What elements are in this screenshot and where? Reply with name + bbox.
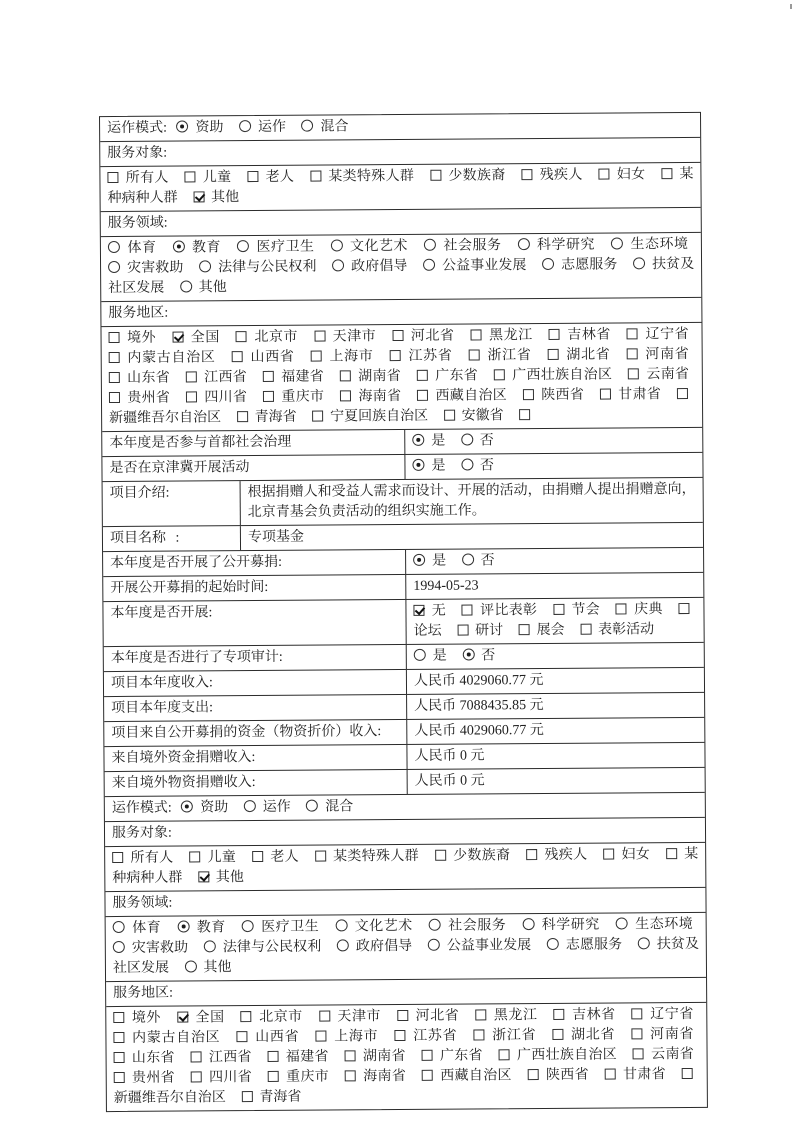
checkbox-option — [519, 408, 537, 423]
checkbox-icon — [631, 1028, 642, 1039]
form-row: 运作模式: 资助 运作 混合 — [105, 792, 705, 821]
radio-icon — [108, 261, 120, 273]
option-label: 广东省 — [435, 368, 478, 383]
radio-icon — [113, 941, 125, 953]
checkbox-option: 境外 — [113, 1011, 161, 1026]
option-label: 论坛 — [414, 624, 442, 639]
option-label: 否 — [480, 458, 494, 473]
checkbox-icon — [237, 411, 248, 422]
option-label: 天津市 — [337, 1009, 381, 1024]
checkbox-option: 老人 — [247, 170, 294, 185]
checkbox-icon — [109, 332, 120, 343]
option-label: 内蒙古自治区 — [127, 350, 216, 366]
option-label: 山东省 — [127, 371, 170, 386]
form-row: 项目名称 :专项基金 — [103, 522, 703, 551]
checkbox-icon — [600, 389, 611, 400]
option-label: 庆典 — [634, 602, 663, 617]
text-value: 服务地区: — [108, 306, 168, 321]
option-label: 志愿服务 — [561, 257, 617, 272]
option-label: 黑龙江 — [493, 1008, 537, 1023]
checkbox-option: 某类特殊人群 — [315, 849, 419, 865]
checkbox-option: 青海省 — [241, 1090, 301, 1105]
option-label: 海南省 — [358, 389, 401, 404]
checkbox-icon — [191, 1071, 202, 1082]
checkbox-option: 残疾人 — [526, 848, 587, 863]
option-label: 科学研究 — [536, 238, 595, 253]
option-label: 生态环境 — [630, 237, 688, 252]
option-label: 四川省 — [204, 390, 247, 405]
form-row: 体育 教育 医疗卫生 文化艺术 社会服务 科学研究 生态环境 灾害救助 法律与公… — [106, 912, 706, 981]
row-label-cell: 本年度是否开展: — [103, 600, 406, 646]
checkbox-option: 老人 — [252, 850, 299, 865]
checkbox-icon — [263, 391, 274, 402]
radio-icon — [633, 257, 645, 269]
text-value: 人民币 4029060.77 元 — [414, 723, 544, 739]
radio-option: 生态环境 — [611, 237, 688, 253]
row-content-cell: 体育 教育 医疗卫生 文化艺术 社会服务 科学研究 生态环境 灾害救助 法律与公… — [106, 913, 706, 981]
row-label-cell: 项目来自公开募捐的资金（物资折价）收入: — [104, 720, 407, 746]
option-label: 青海省 — [255, 410, 297, 425]
option-label: 新疆维吾尔自治区 — [109, 410, 221, 426]
form-row: 境外 全国 北京市 天津市 河北省 黑龙江 吉林省 辽宁省 内蒙古自治区 山西省… — [101, 322, 702, 431]
option-label: 资助 — [195, 120, 223, 135]
form-row: 来自境外物资捐赠收入:人民币 0 元 — [105, 767, 705, 796]
radio-option: 教育 — [177, 920, 226, 935]
text-value: 服务领域: — [108, 216, 168, 231]
checkbox-icon — [241, 1091, 252, 1102]
checkbox-icon — [112, 852, 123, 863]
checkbox-option: 少数族裔 — [435, 848, 511, 864]
option-label: 少数族裔 — [453, 848, 511, 863]
checkbox-option: 浙江省 — [469, 348, 532, 363]
radio-icon — [204, 940, 216, 952]
row-value-cell: 是 否 — [405, 428, 702, 454]
checkbox-icon — [469, 349, 480, 360]
checkbox-icon — [345, 1070, 356, 1081]
row-value-cell: 是 否 — [407, 643, 704, 669]
form-row: 服务领域: — [105, 887, 705, 916]
radio-selected-icon — [462, 648, 474, 660]
checkbox-icon — [390, 350, 401, 361]
checkbox-option: 陕西省 — [523, 388, 584, 403]
checkbox-icon — [519, 624, 530, 635]
radio-icon — [611, 237, 623, 249]
checkbox-option: 江苏省 — [390, 349, 453, 364]
checkbox-icon — [519, 409, 530, 420]
option-label: 新疆维吾尔自治区 — [114, 1090, 226, 1106]
radio-option: 是 — [412, 459, 445, 474]
checkbox-option: 无 — [413, 604, 446, 619]
form-row: 服务领域: — [101, 207, 701, 236]
checkbox-icon — [633, 1048, 644, 1059]
radio-icon — [199, 260, 211, 272]
radio-option: 其他 — [180, 280, 227, 295]
checkbox-checked-icon — [193, 191, 204, 202]
radio-option: 运作 — [244, 800, 291, 815]
form-row: 开展公开募捐的起始时间:1994-05-23 — [103, 572, 703, 601]
option-label: 天津市 — [332, 329, 376, 344]
checkbox-icon — [319, 1011, 330, 1022]
checkbox-icon — [435, 850, 446, 861]
checkbox-option: 湖南省 — [345, 1049, 406, 1064]
option-label: 湖南省 — [363, 1049, 406, 1064]
option-label: 海南省 — [363, 1069, 406, 1084]
option-label: 是 — [431, 434, 445, 449]
option-label: 江西省 — [209, 1050, 252, 1065]
checkbox-option: 云南省 — [633, 1047, 694, 1062]
form-row: 本年度是否进行了专项审计:是 否 — [104, 642, 704, 671]
checkbox-icon — [236, 331, 247, 342]
checkbox-option: 浙江省 — [473, 1028, 536, 1043]
option-label: 社会服务 — [443, 238, 502, 253]
checkbox-option: 少数族裔 — [430, 168, 506, 184]
checkbox-icon — [268, 1071, 279, 1082]
radio-option: 否 — [461, 433, 494, 448]
option-label: 妇女 — [616, 167, 645, 182]
checkbox-option: 黑龙江 — [475, 1008, 537, 1023]
radio-icon — [113, 921, 125, 933]
checkbox-icon — [340, 390, 351, 401]
option-label: 医疗卫生 — [256, 240, 315, 255]
checkbox-icon — [241, 1011, 252, 1022]
option-label: 全国 — [190, 330, 220, 345]
row-content-cell: 体育 教育 医疗卫生 文化艺术 社会服务 科学研究 生态环境 灾害救助 法律与公… — [101, 233, 701, 301]
option-label: 政府倡导 — [356, 939, 412, 954]
checkbox-icon — [457, 625, 468, 636]
radio-selected-icon — [412, 459, 424, 471]
option-label: 湖南省 — [358, 369, 401, 384]
checkbox-option: 某类特殊人群 — [310, 169, 414, 185]
form-row: 体育 教育 医疗卫生 文化艺术 社会服务 科学研究 生态环境 灾害救助 法律与公… — [101, 232, 701, 301]
option-label: 是 — [433, 649, 447, 664]
row-label-cell: 本年度是否进行了专项审计: — [104, 645, 407, 671]
radio-option: 是 — [412, 434, 445, 449]
checkbox-option: 河北省 — [392, 329, 454, 344]
checkbox-icon — [678, 603, 689, 614]
option-label: 其他 — [199, 280, 227, 295]
checkbox-icon — [236, 1031, 247, 1042]
row-content-cell: 服务对象: — [105, 818, 705, 846]
option-label: 老人 — [265, 170, 294, 185]
checkbox-option: 福建省 — [263, 370, 324, 385]
checkbox-option: 所有人 — [112, 851, 173, 866]
option-label: 混合 — [320, 119, 348, 134]
checkbox-icon — [109, 392, 120, 403]
checkbox-icon — [521, 169, 532, 180]
radio-icon — [461, 434, 473, 446]
option-label: 少数族裔 — [448, 168, 506, 183]
option-label: 教育 — [191, 240, 221, 255]
option-label: 运作 — [258, 120, 286, 135]
checkbox-icon — [548, 349, 559, 360]
radio-icon — [547, 938, 559, 950]
option-label: 河北省 — [415, 1009, 459, 1024]
checkbox-icon — [553, 1009, 564, 1020]
checkbox-option: 吉林省 — [549, 328, 611, 343]
radio-option: 政府倡导 — [337, 939, 412, 955]
checkbox-icon — [682, 1068, 693, 1079]
option-label: 其他 — [203, 960, 231, 975]
option-label: 宁夏回族自治区 — [330, 409, 428, 425]
row-content-cell: 境外 全国 北京市 天津市 河北省 黑龙江 吉林省 辽宁省 内蒙古自治区 山西省… — [106, 1003, 707, 1111]
radio-icon — [108, 241, 120, 253]
checkbox-option: 四川省 — [186, 390, 247, 405]
checkbox-icon — [422, 1070, 433, 1081]
checkbox-option: 河南省 — [631, 1027, 693, 1042]
row-value-cell: 无 评比表彰 节会 庆典 论坛 研讨 展会 表彰活动 — [406, 598, 703, 644]
row-value-cell: 是 否 — [405, 453, 702, 479]
option-label: 山西省 — [254, 1030, 299, 1045]
option-label: 所有人 — [125, 171, 168, 186]
checkbox-option: 青海省 — [237, 410, 297, 425]
option-label: 评比表彰 — [480, 603, 538, 618]
row-content-cell: 服务领域: — [105, 888, 705, 916]
checkbox-option: 展会 — [519, 623, 565, 638]
checkbox-icon — [473, 1029, 484, 1040]
row-label-cell: 是否在京津冀开展活动 — [102, 455, 405, 481]
option-label: 体育 — [132, 921, 162, 936]
checkbox-option: 天津市 — [319, 1009, 381, 1024]
checkbox-icon — [580, 624, 591, 635]
row-label-cell: 项目本年度收入: — [104, 670, 407, 696]
checkbox-option: 山西省 — [236, 1030, 299, 1045]
checkbox-icon — [232, 351, 243, 362]
option-label: 黑龙江 — [488, 328, 532, 343]
checkbox-option: 贵州省 — [114, 1071, 175, 1086]
checkbox-option: 妇女 — [603, 847, 650, 862]
form-row: 本年度是否参与首都社会治理是 否 — [102, 427, 702, 456]
text-value: 1994-05-23 — [413, 578, 478, 593]
radio-selected-icon — [412, 434, 424, 446]
checkbox-icon — [417, 370, 428, 381]
radio-option: 运作 — [239, 120, 286, 135]
option-label: 河南省 — [649, 1027, 693, 1042]
checkbox-icon — [186, 391, 197, 402]
radio-icon — [461, 458, 473, 470]
checkbox-option: 广西壮族自治区 — [499, 1048, 617, 1064]
option-label: 辽宁省 — [645, 327, 689, 342]
checkbox-option: 湖南省 — [340, 369, 401, 384]
text-value: 运作模式: — [107, 121, 167, 136]
checkbox-option: 天津市 — [314, 329, 376, 344]
radio-icon — [429, 919, 441, 931]
checkbox-icon — [268, 1051, 279, 1062]
checkbox-option: 重庆市 — [268, 1070, 329, 1085]
form-row: 所有人 儿童 老人 某类特殊人群 少数族裔 残疾人 妇女 某种病种人群 其他 — [100, 162, 700, 211]
option-label: 湖北省 — [566, 348, 611, 363]
row-content-cell: 服务地区: — [101, 298, 701, 326]
checkbox-icon — [417, 390, 428, 401]
option-label: 境外 — [127, 331, 157, 346]
option-label: 公益事业发展 — [447, 938, 532, 954]
checkbox-option: 辽宁省 — [632, 1007, 694, 1022]
form-row: 本年度是否开展:无 评比表彰 节会 庆典 论坛 研讨 展会 表彰活动 — [103, 597, 703, 646]
option-label: 节会 — [571, 603, 600, 618]
radio-selected-icon — [176, 120, 188, 132]
checkbox-option: 云南省 — [628, 367, 689, 382]
option-label: 青海省 — [259, 1090, 301, 1105]
checkbox-icon — [184, 171, 195, 182]
checkbox-option: 境外 — [109, 331, 157, 346]
option-label: 其他 — [216, 870, 244, 885]
option-label: 河北省 — [410, 329, 454, 344]
radio-option: 其他 — [184, 960, 231, 975]
option-label: 安徽省 — [462, 408, 504, 423]
radio-option: 法律与公民权利 — [199, 260, 317, 276]
radio-icon — [239, 120, 251, 132]
checkbox-option: 内蒙古自治区 — [109, 350, 216, 366]
text-value: 服务对象: — [107, 146, 167, 161]
option-label: 重庆市 — [281, 390, 324, 405]
checkbox-icon — [553, 604, 564, 615]
checkbox-icon — [666, 848, 677, 859]
option-label: 北京市 — [254, 330, 298, 345]
radio-icon — [542, 258, 554, 270]
radio-icon — [335, 919, 347, 931]
checkbox-option: 海南省 — [340, 389, 401, 404]
radio-icon — [306, 800, 318, 812]
option-label: 志愿服务 — [566, 937, 622, 952]
checkbox-icon — [345, 1050, 356, 1061]
checkbox-icon — [109, 352, 120, 363]
checkbox-icon — [114, 1072, 125, 1083]
checkbox-icon — [107, 172, 118, 183]
form-row: 本年度是否开展了公开募捐:是 否 — [103, 547, 703, 576]
radio-icon — [184, 960, 196, 972]
radio-option: 公益事业发展 — [423, 258, 527, 274]
radio-option: 社会服务 — [429, 918, 507, 934]
checkbox-option: 妇女 — [598, 167, 645, 182]
radio-icon — [424, 239, 436, 251]
checkbox-icon — [191, 1051, 202, 1062]
radio-option: 医疗卫生 — [237, 240, 315, 256]
checkbox-checked-icon — [413, 605, 424, 616]
checkbox-icon — [109, 372, 120, 383]
option-label: 其他 — [211, 190, 239, 205]
form-row: 项目来自公开募捐的资金（物资折价）收入:人民币 4029060.77 元 — [104, 717, 704, 746]
checkbox-icon — [616, 603, 627, 614]
checkbox-option: 全国 — [177, 1010, 225, 1025]
radio-icon — [180, 280, 192, 292]
checkbox-icon — [475, 1009, 486, 1020]
row-content-cell: 服务地区: — [106, 978, 706, 1006]
row-label-cell: 来自境外资金捐赠收入: — [104, 745, 407, 771]
annual-report-form-table: 运作模式: 资助 运作 混合 服务对象: 所有人 儿童 老人 某类特殊人群 少数… — [99, 112, 708, 1112]
checkbox-option: 广西壮族自治区 — [494, 368, 612, 384]
row-content-cell: 所有人 儿童 老人 某类特殊人群 少数族裔 残疾人 妇女 某种病种人群 其他 — [105, 843, 705, 891]
radio-icon — [616, 917, 628, 929]
radio-option: 医疗卫生 — [242, 920, 320, 936]
checkbox-icon — [603, 849, 614, 860]
option-label: 湖北省 — [570, 1028, 615, 1043]
option-label: 研讨 — [475, 623, 503, 638]
row-value-cell: 人民币 0 元 — [408, 768, 705, 794]
checkbox-icon — [523, 389, 534, 400]
option-label: 儿童 — [202, 170, 231, 185]
row-value-cell: 人民币 7088435.85 元 — [407, 693, 704, 719]
checkbox-option: 儿童 — [189, 850, 236, 865]
option-label: 云南省 — [646, 367, 689, 382]
form-row: 境外 全国 北京市 天津市 河北省 黑龙江 吉林省 辽宁省 内蒙古自治区 山西省… — [106, 1002, 707, 1111]
checkbox-icon — [186, 371, 197, 382]
checkbox-option: 西藏自治区 — [417, 388, 507, 404]
radio-option: 是 — [413, 554, 446, 569]
radio-option: 资助 — [176, 120, 223, 135]
checkbox-option: 贵州省 — [109, 391, 170, 406]
checkbox-icon — [113, 1012, 124, 1023]
checkbox-option: 湖北省 — [548, 348, 611, 363]
radio-icon — [638, 937, 650, 949]
option-label: 科学研究 — [541, 918, 600, 933]
checkbox-option: 宁夏回族自治区 — [312, 409, 428, 425]
checkbox-icon — [312, 411, 323, 422]
checkbox-icon — [252, 851, 263, 862]
checkbox-option: 海南省 — [345, 1069, 406, 1084]
scan-artifact — [790, 4, 792, 9]
option-label: 灾害救助 — [132, 940, 188, 955]
checkbox-option: 残疾人 — [521, 168, 582, 183]
checkbox-option: 湖北省 — [552, 1028, 615, 1043]
option-label: 境外 — [131, 1011, 161, 1026]
radio-option: 生态环境 — [616, 917, 693, 933]
option-label: 福建省 — [281, 370, 324, 385]
checkbox-icon — [552, 1029, 563, 1040]
radio-option: 是 — [414, 649, 447, 664]
checkbox-option: 辽宁省 — [627, 327, 689, 342]
checkbox-icon — [397, 1010, 408, 1021]
option-label: 妇女 — [621, 847, 650, 862]
radio-option: 科学研究 — [517, 238, 595, 254]
option-label: 上海市 — [329, 349, 374, 364]
checkbox-option: 庆典 — [616, 602, 663, 617]
checkbox-icon — [677, 388, 688, 399]
radio-option: 科学研究 — [522, 918, 600, 934]
row-label-cell: 本年度是否开展了公开募捐: — [103, 550, 406, 576]
text-value: 人民币 0 元 — [414, 748, 484, 763]
radio-icon — [522, 918, 534, 930]
checkbox-option: 河南省 — [627, 347, 689, 362]
radio-selected-icon — [413, 554, 425, 566]
option-label: 某类特殊人群 — [328, 169, 414, 185]
text-value: 服务领域: — [112, 896, 172, 911]
option-label: 江西省 — [204, 370, 247, 385]
row-value-cell: 人民币 4029060.77 元 — [407, 668, 704, 694]
checkbox-icon — [628, 368, 639, 379]
text-value: 服务对象: — [112, 826, 172, 841]
option-label: 灾害救助 — [127, 261, 183, 276]
checkbox-option: 江西省 — [191, 1050, 252, 1065]
checkbox-option: 所有人 — [107, 171, 168, 186]
checkbox-icon — [462, 605, 473, 616]
option-label: 西藏自治区 — [435, 388, 507, 404]
checkbox-icon — [471, 329, 482, 340]
text-value: 运作模式: — [112, 801, 172, 816]
option-label: 江苏省 — [412, 1029, 457, 1044]
checkbox-icon — [314, 331, 325, 342]
row-content-cell: 服务领域: — [101, 208, 701, 236]
checkbox-option: 北京市 — [241, 1010, 303, 1025]
radio-selected-icon — [177, 920, 189, 932]
radio-option: 混合 — [301, 119, 348, 134]
radio-option: 否 — [462, 553, 495, 568]
checkbox-option: 节会 — [553, 603, 600, 618]
form-row: 项目介绍:根据捐赠人和受益人需求而设计、开展的活动，由捐赠人提出捐赠意向，北京青… — [103, 477, 703, 526]
radio-icon — [337, 939, 349, 951]
option-label: 否 — [481, 553, 495, 568]
radio-option: 法律与公民权利 — [204, 940, 322, 956]
checkbox-icon — [189, 851, 200, 862]
row-content-cell: 境外 全国 北京市 天津市 河北省 黑龙江 吉林省 辽宁省 内蒙古自治区 山西省… — [101, 323, 702, 431]
